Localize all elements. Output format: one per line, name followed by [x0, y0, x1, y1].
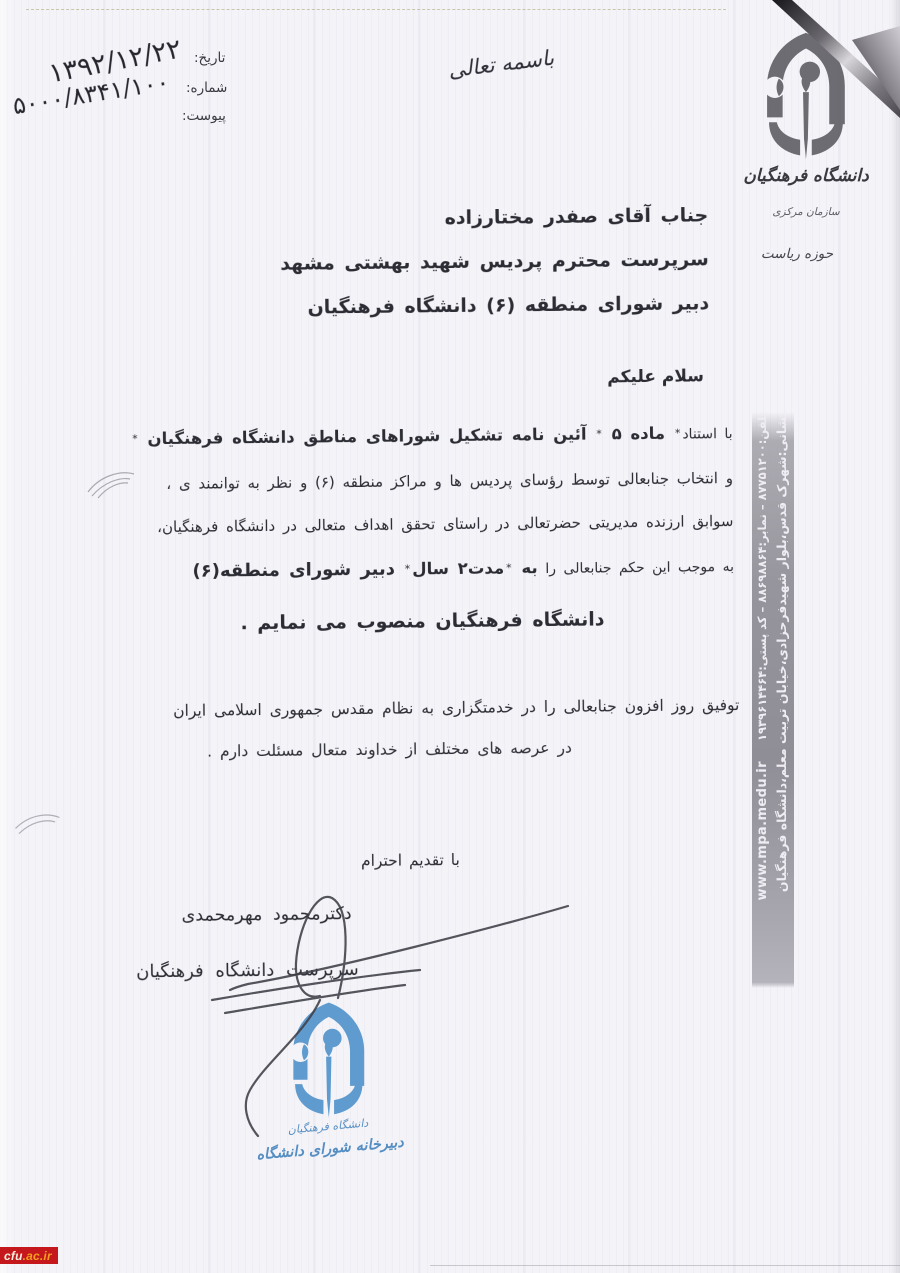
scan-bottom-edge-line	[430, 1265, 900, 1266]
wish-line-1: توفیق روز افزون جنابعالی را در خدمتگزاری…	[99, 685, 739, 733]
address-sidebar-rotated: تلفن:۸۷۷۵۱۲۰۰ – نمابر:۸۸۶۹۸۸۶۴ – کد پستی…	[752, 412, 794, 988]
body-paragraph-1: با استناد* ماده ۵ * آئین نامه تشکیل شورا…	[96, 411, 734, 647]
sidebar-website: www.mpa.medu.ir	[753, 761, 773, 900]
recipient-role: سرپرست محترم پردیس شهید بهشتی مشهد	[273, 237, 709, 286]
closing-phrase: با تقدیم احترام	[361, 851, 460, 870]
body-line-3: سوابق ارزنده مدیریتی حضرتعالی در راستای …	[97, 500, 733, 550]
date-label: تاریخ:	[194, 50, 225, 66]
body-paragraph-2: توفیق روز افزون جنابعالی را در خدمتگزاری…	[99, 685, 740, 774]
recipient-role2: دبیر شورای منطقه (۶) دانشگاه فرهنگیان	[273, 281, 709, 330]
body-line-2: و انتخاب جنابعالی توسط رؤسای پردیس ها و …	[97, 457, 733, 507]
letterhead-organization: سازمان مرکزی	[738, 206, 874, 218]
body-line-1: با استناد* ماده ۵ * آئین نامه تشکیل شورا…	[96, 411, 732, 463]
body-line-4: به موجب این حکم جنابعالی را به *مدت۲ سال…	[98, 544, 734, 596]
wish-line-2: در عرصه های مختلف از خداوند متعال مسئلت …	[100, 728, 572, 774]
watermark-cfu-text: cfu	[4, 1249, 23, 1263]
watermark-domain-text: .ac.ir	[23, 1249, 52, 1263]
scanned-letter-page: تاریخ: شماره: پیوست: ۱۳۹۲/۱۲/۲۲ ۵۰۰۰/۸۳۴…	[0, 0, 900, 1273]
basmala-text: باسمه تعالی	[447, 46, 555, 83]
scan-top-edge-line	[26, 9, 726, 10]
attachment-label: پیوست:	[182, 108, 226, 124]
sidebar-address-text: نشانی:شهرک قدس،بلوار شهیدفرحزادی،خیابان …	[772, 412, 794, 988]
address-sidebar-band: تلفن:۸۷۷۵۱۲۰۰ – نمابر:۸۸۶۹۸۸۶۴ – کد پستی…	[752, 412, 794, 988]
recipient-name: جناب آقای صفدر مختارزاده	[272, 193, 708, 242]
sidebar-contact-line: تلفن:۸۷۷۵۱۲۰۰ – نمابر:۸۸۶۹۸۸۶۴ – کد پستی…	[752, 412, 772, 988]
recipient-block: جناب آقای صفدر مختارزاده سرپرست محترم پر…	[272, 193, 709, 330]
salutation-text: سلام علیکم	[424, 366, 704, 389]
corner-fold-artifact	[760, 0, 900, 125]
pen-squiggle-mark-upper	[82, 466, 142, 506]
signature-strokes	[170, 878, 590, 1150]
number-label: شماره:	[186, 80, 227, 96]
letterhead-office: حوزه ریاست	[732, 246, 862, 262]
pen-squiggle-mark-lower	[8, 803, 70, 851]
cfu-watermark-badge: cfu.ac.ir	[0, 1247, 58, 1264]
letterhead-university-name: دانشگاه فرهنگیان	[738, 166, 874, 186]
appointment-line: دانشگاه فرهنگیان منصوب می نمایم .	[230, 598, 604, 645]
sidebar-contact-text: تلفن:۸۷۷۵۱۲۰۰ – نمابر:۸۸۶۹۸۸۶۴ – کد پستی…	[755, 412, 769, 741]
